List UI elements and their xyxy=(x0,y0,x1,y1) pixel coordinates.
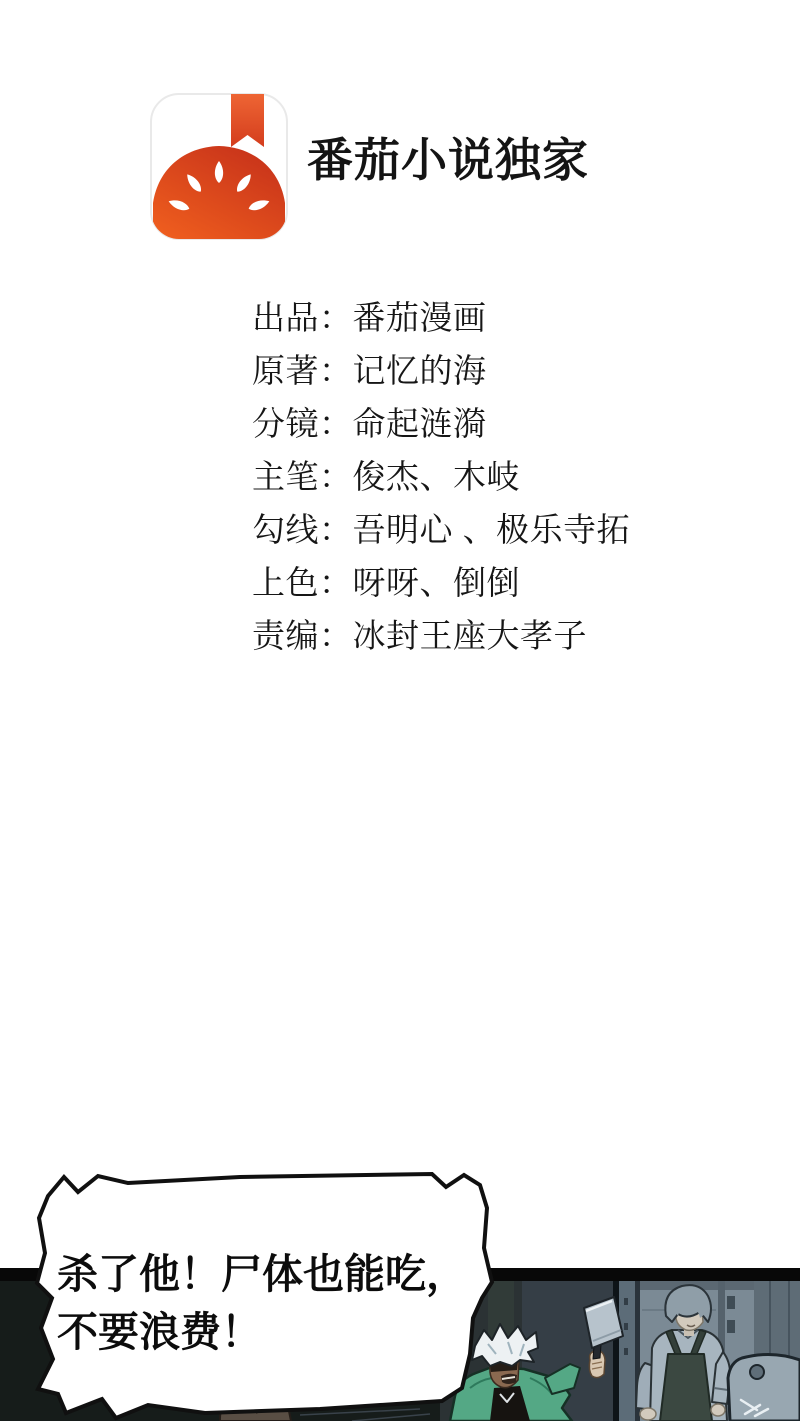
credit-value: 呀呀、倒倒 xyxy=(353,564,521,601)
tomato-app-logo xyxy=(150,93,288,240)
credit-label: 原著： xyxy=(252,352,353,389)
bubble-line-2: 不要浪费！ xyxy=(57,1303,467,1361)
credit-row: 上色：呀呀、倒倒 xyxy=(252,556,630,609)
credit-label: 出品： xyxy=(252,299,353,336)
credit-value: 俊杰、木岐 xyxy=(353,458,521,495)
credit-row: 原著：记忆的海 xyxy=(252,344,630,397)
bubble-line-1: 杀了他！尸体也能吃， xyxy=(57,1245,467,1303)
credit-label: 勾线： xyxy=(252,511,353,548)
credit-value: 记忆的海 xyxy=(353,352,487,389)
credit-row: 分镜：命起涟漪 xyxy=(252,397,630,450)
brand-title: 番茄小说独家 xyxy=(307,134,589,186)
credit-row: 勾线：吾明心 、极乐寺拓 xyxy=(252,503,630,556)
credit-value: 吾明心 、极乐寺拓 xyxy=(353,511,631,548)
credit-label: 责编： xyxy=(252,617,353,654)
credit-label: 主笔： xyxy=(252,458,353,495)
credit-value: 命起涟漪 xyxy=(353,405,487,442)
comic-credits-page: 番茄小说独家 出品：番茄漫画 原著：记忆的海 分镜：命起涟漪 主笔：俊杰、木岐 … xyxy=(0,0,800,1421)
credit-label: 分镜： xyxy=(252,405,353,442)
credit-row: 主笔：俊杰、木岐 xyxy=(252,450,630,503)
speech-bubble-text: 杀了他！尸体也能吃， 不要浪费！ xyxy=(57,1245,467,1361)
credit-row: 责编：冰封王座大孝子 xyxy=(252,609,630,662)
credit-value: 冰封王座大孝子 xyxy=(353,617,588,654)
tomato-book-icon xyxy=(150,93,288,240)
credit-label: 上色： xyxy=(252,564,353,601)
credits-list: 出品：番茄漫画 原著：记忆的海 分镜：命起涟漪 主笔：俊杰、木岐 勾线：吾明心 … xyxy=(252,291,630,662)
credit-value: 番茄漫画 xyxy=(353,299,487,336)
credit-row: 出品：番茄漫画 xyxy=(252,291,630,344)
